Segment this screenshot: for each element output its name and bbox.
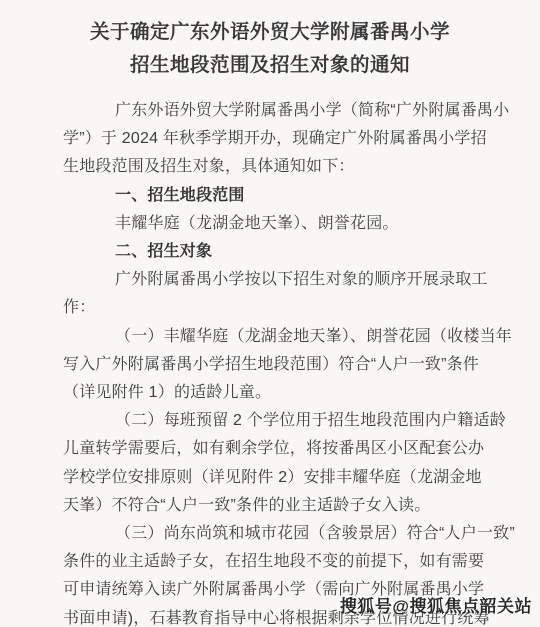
section-2-heading: 二、招生对象 xyxy=(63,238,500,266)
item-2-line: 学校学位安排原则（详见附件 2）安排丰耀华庭（龙湖金地 xyxy=(63,464,500,492)
notice-title-line-2: 招生地段范围及招生对象的通知 xyxy=(0,49,540,82)
item-3-line: 条件的业主适龄子女，在招生地段不变的前提下，如有需要 xyxy=(63,548,500,576)
body-line: 学”）于 2024 年秋季学期开办，现确定广外附属番禺小学招 xyxy=(63,125,500,153)
body-line: 丰耀华庭（龙湖金地天峯）、朗誉花园。 xyxy=(63,210,500,238)
item-2-line: 天峯）不符合“人户一致”条件的业主适龄子女入读。 xyxy=(63,492,500,520)
sohu-watermark: 搜狐号@搜狐焦点韶关站 xyxy=(340,592,532,617)
notice-body: 广东外语外贸大学附属番禺小学（简称“广外附属番禺小 学”）于 2024 年秋季学… xyxy=(0,97,540,627)
body-line: 广外附属番禺小学按以下招生对象的顺序开展录取工 xyxy=(63,266,500,294)
item-1-line: （详见附件 1）的适龄儿童。 xyxy=(63,379,500,407)
body-line: 广东外语外贸大学附属番禺小学（简称“广外附属番禺小 xyxy=(63,97,500,125)
item-2-line: 儿童转学需要后，如有剩余学位，将按番禺区小区配套公办 xyxy=(63,435,500,463)
notice-title: 关于确定广东外语外贸大学附属番禺小学 招生地段范围及招生对象的通知 xyxy=(0,0,540,82)
body-line: 作： xyxy=(63,294,500,322)
notice-document: 关于确定广东外语外贸大学附属番禺小学 招生地段范围及招生对象的通知 广东外语外贸… xyxy=(0,0,540,627)
item-3-line: （三）尚东尚筑和城市花园（含骏景居）符合“人户一致” xyxy=(63,520,500,548)
body-line: 生地段范围及招生对象，具体通知如下： xyxy=(63,153,500,181)
item-2-line: （二）每班预留 2 个学位用于招生地段范围内户籍适龄 xyxy=(63,407,500,435)
section-1-heading: 一、招生地段范围 xyxy=(63,182,500,210)
item-1-line: 写入广外附属番禺小学招生地段范围）符合“人户一致”条件 xyxy=(63,351,500,379)
notice-title-line-1: 关于确定广东外语外贸大学附属番禺小学 xyxy=(0,16,540,49)
item-1-line: （一）丰耀华庭（龙湖金地天峯）、朗誉花园（收楼当年 xyxy=(63,323,500,351)
